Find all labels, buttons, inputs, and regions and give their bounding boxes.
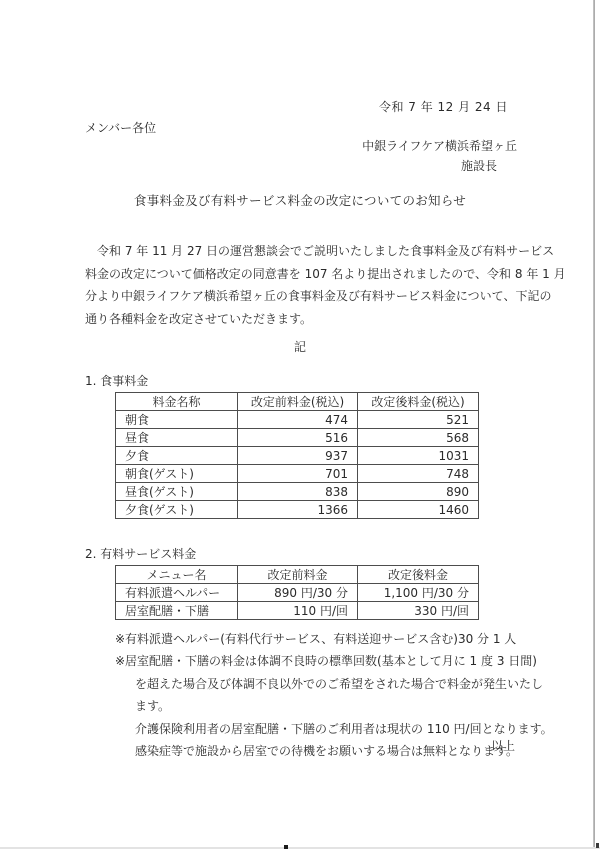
sender-organization: 中銀ライフケア横浜希望ヶ丘: [362, 137, 517, 154]
fee-before: 516: [238, 429, 358, 447]
footnote-line: ます。: [115, 695, 525, 717]
fee-name: 夕食(ゲスト): [116, 501, 238, 519]
fee-after: 890: [358, 483, 479, 501]
column-header: 改定前料金(税込): [238, 393, 358, 411]
footnote-line: ※有料派遣ヘルパー(有料代行サービス、有料送迎サービス含む)30 分 1 人: [115, 628, 525, 650]
footnotes: ※有料派遣ヘルパー(有料代行サービス、有料送迎サービス含む)30 分 1 人 ※…: [115, 628, 525, 762]
column-header: 改定前料金: [238, 566, 358, 584]
body-paragraph: 令和 7 年 11 月 27 日の運営懇談会でご説明いたしました食事料金及び有料…: [85, 240, 521, 331]
fee-name: 有料派遣ヘルパー: [116, 584, 238, 602]
document-date: 令和 7 年 12 月 24 日: [379, 98, 508, 115]
footnote-line: を超えた場合及び体調不良以外でのご希望をされた場合で料金が発生いたし: [115, 673, 525, 695]
fee-after: 330 円/回: [358, 602, 479, 620]
meal-fee-table: 料金名称 改定前料金(税込) 改定後料金(税込) 朝食 474 521 昼食 5…: [115, 392, 479, 519]
fee-name: 昼食(ゲスト): [116, 483, 238, 501]
fee-name: 昼食: [116, 429, 238, 447]
table-row: 夕食 937 1031: [116, 447, 479, 465]
paragraph-line: 通り各種料金を改定させていただきます。: [85, 308, 521, 331]
fee-name: 夕食: [116, 447, 238, 465]
paragraph-line: 分より中銀ライフケア横浜希望ヶ丘の食事料金及び有料サービス料金について、下記の: [85, 285, 521, 308]
record-marker: 記: [0, 338, 600, 355]
fee-before: 890 円/30 分: [238, 584, 358, 602]
fee-after: 568: [358, 429, 479, 447]
table-row: 居室配膳・下膳 110 円/回 330 円/回: [116, 602, 479, 620]
table-row: 朝食(ゲスト) 701 748: [116, 465, 479, 483]
fee-before: 110 円/回: [238, 602, 358, 620]
column-header: 改定後料金: [358, 566, 479, 584]
scan-speck: [596, 843, 599, 848]
footnote-line: 介護保険利用者の居室配膳・下膳のご利用者は現状の 110 円/回となります。: [115, 718, 525, 740]
sender-title: 施設長: [461, 157, 497, 174]
fee-before: 937: [238, 447, 358, 465]
fee-after: 1031: [358, 447, 479, 465]
footnote-line: ※居室配膳・下膳の料金は体調不良時の標準回数(基本として月に 1 度 3 日間): [115, 650, 525, 672]
fee-after: 748: [358, 465, 479, 483]
table-row: 昼食(ゲスト) 838 890: [116, 483, 479, 501]
table-row: 夕食(ゲスト) 1366 1460: [116, 501, 479, 519]
paid-service-fee-table: メニュー名 改定前料金 改定後料金 有料派遣ヘルパー 890 円/30 分 1,…: [115, 565, 479, 620]
fee-after: 1460: [358, 501, 479, 519]
table-header-row: メニュー名 改定前料金 改定後料金: [116, 566, 479, 584]
paragraph-line: 料金の改定について価格改定の同意書を 107 名より提出されましたので、令和 8…: [85, 263, 521, 286]
fee-before: 838: [238, 483, 358, 501]
fee-after: 1,100 円/30 分: [358, 584, 479, 602]
section1-heading: 1. 食事料金: [85, 372, 148, 389]
column-header: 料金名称: [116, 393, 238, 411]
recipient: メンバー各位: [85, 119, 156, 136]
scan-edge-artifact: [593, 0, 595, 849]
fee-before: 701: [238, 465, 358, 483]
table-row: 有料派遣ヘルパー 890 円/30 分 1,100 円/30 分: [116, 584, 479, 602]
fee-after: 521: [358, 411, 479, 429]
fee-before: 1366: [238, 501, 358, 519]
table-row: 朝食 474 521: [116, 411, 479, 429]
fee-name: 朝食(ゲスト): [116, 465, 238, 483]
table-row: 昼食 516 568: [116, 429, 479, 447]
fee-name: 居室配膳・下膳: [116, 602, 238, 620]
column-header: 改定後料金(税込): [358, 393, 479, 411]
scanned-notice-document: 令和 7 年 12 月 24 日 メンバー各位 中銀ライフケア横浜希望ヶ丘 施設…: [0, 0, 600, 849]
paragraph-line: 令和 7 年 11 月 27 日の運営懇談会でご説明いたしました食事料金及び有料…: [85, 240, 521, 263]
table-header-row: 料金名称 改定前料金(税込) 改定後料金(税込): [116, 393, 479, 411]
document-title: 食事料金及び有料サービス料金の改定についてのお知らせ: [0, 191, 600, 209]
fee-before: 474: [238, 411, 358, 429]
section2-heading: 2. 有料サービス料金: [85, 545, 196, 562]
fee-name: 朝食: [116, 411, 238, 429]
footnote-line: 感染症等で施設から居室での待機をお願いする場合は無料となります。: [115, 740, 525, 762]
closing-marker: 以上: [491, 737, 515, 754]
column-header: メニュー名: [116, 566, 238, 584]
scan-speck: [284, 845, 288, 849]
